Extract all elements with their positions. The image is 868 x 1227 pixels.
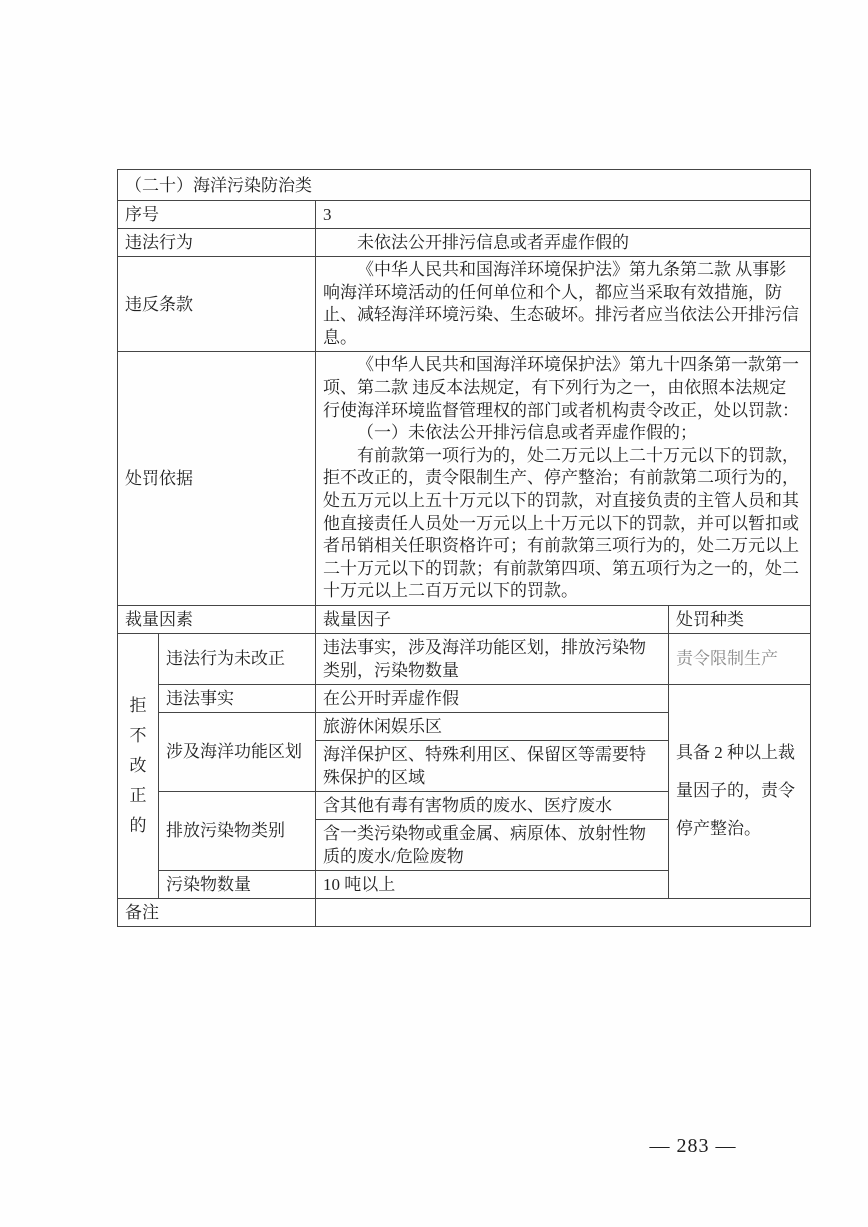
penalty-merged-cell: 具备 2 种以上裁量因子的，责令停产整治。 bbox=[669, 684, 811, 898]
penalty-basis-label: 处罚依据 bbox=[118, 352, 316, 606]
violation-value: 未依法公开排污信息或者弄虚作假的 bbox=[316, 229, 811, 257]
row-fact-label: 违法事实 bbox=[159, 684, 316, 712]
side-label-not-corrected: 拒不改正的 bbox=[118, 633, 159, 898]
row-pollutant-factor-2: 含一类污染物或重金属、病原体、放射性物质的废水/危险废物 bbox=[316, 819, 669, 870]
remark-value bbox=[316, 898, 811, 926]
document-page: （二十）海洋污染防治类 序号 3 违法行为 未依法公开排污信息或者弄虚作假的 违… bbox=[0, 0, 868, 1227]
row-unchanged-factor: 违法事实，涉及海洋功能区划，排放污染物类别，污染物数量 bbox=[316, 633, 669, 684]
discretion-penalty-col-header: 处罚种类 bbox=[669, 605, 811, 633]
row-fact-factor: 在公开时弄虚作假 bbox=[316, 684, 669, 712]
clause-label: 违反条款 bbox=[118, 257, 316, 352]
penalty-basis-paragraph-1: 《中华人民共和国海洋环境保护法》第九十四条第一款第一项、第二款 违反本法规定，有… bbox=[323, 354, 803, 422]
serial-label: 序号 bbox=[118, 201, 316, 229]
penalty-basis-paragraph-2: （一）未依法公开排污信息或者弄虚作假的； bbox=[323, 422, 803, 445]
penalty-discretion-table: （二十）海洋污染防治类 序号 3 违法行为 未依法公开排污信息或者弄虚作假的 违… bbox=[117, 169, 811, 927]
penalty-basis-paragraph-3: 有前款第一项行为的，处二万元以上二十万元以下的罚款，拒不改正的，责令限制生产、停… bbox=[323, 445, 803, 603]
row-zone-label: 涉及海洋功能区划 bbox=[159, 712, 316, 791]
row-quantity-factor: 10 吨以上 bbox=[316, 870, 669, 898]
row-zone-factor-1: 旅游休闲娱乐区 bbox=[316, 712, 669, 740]
serial-value: 3 bbox=[316, 201, 811, 229]
violation-label: 违法行为 bbox=[118, 229, 316, 257]
row-quantity-label: 污染物数量 bbox=[159, 870, 316, 898]
row-unchanged-penalty: 责令限制生产 bbox=[669, 633, 811, 684]
row-pollutant-factor-1: 含其他有毒有害物质的废水、医疗废水 bbox=[316, 791, 669, 819]
discretion-factor-header: 裁量因素 bbox=[118, 605, 316, 633]
discretion-factor-col-header: 裁量因子 bbox=[316, 605, 669, 633]
clause-paragraph: 《中华人民共和国海洋环境保护法》第九条第二款 从事影响海洋环境活动的任何单位和个… bbox=[323, 259, 803, 349]
page-number: — 283 — bbox=[628, 1135, 758, 1158]
row-pollutant-label: 排放污染物类别 bbox=[159, 791, 316, 870]
side-label-text: 拒不改正的 bbox=[129, 691, 147, 841]
penalty-basis-text: 《中华人民共和国海洋环境保护法》第九十四条第一款第一项、第二款 违反本法规定，有… bbox=[316, 352, 811, 606]
row-zone-factor-2: 海洋保护区、特殊利用区、保留区等需要特殊保护的区域 bbox=[316, 740, 669, 791]
clause-text: 《中华人民共和国海洋环境保护法》第九条第二款 从事影响海洋环境活动的任何单位和个… bbox=[316, 257, 811, 352]
category-header: （二十）海洋污染防治类 bbox=[118, 170, 811, 201]
row-unchanged-label: 违法行为未改正 bbox=[159, 633, 316, 684]
remark-label: 备注 bbox=[118, 898, 316, 926]
